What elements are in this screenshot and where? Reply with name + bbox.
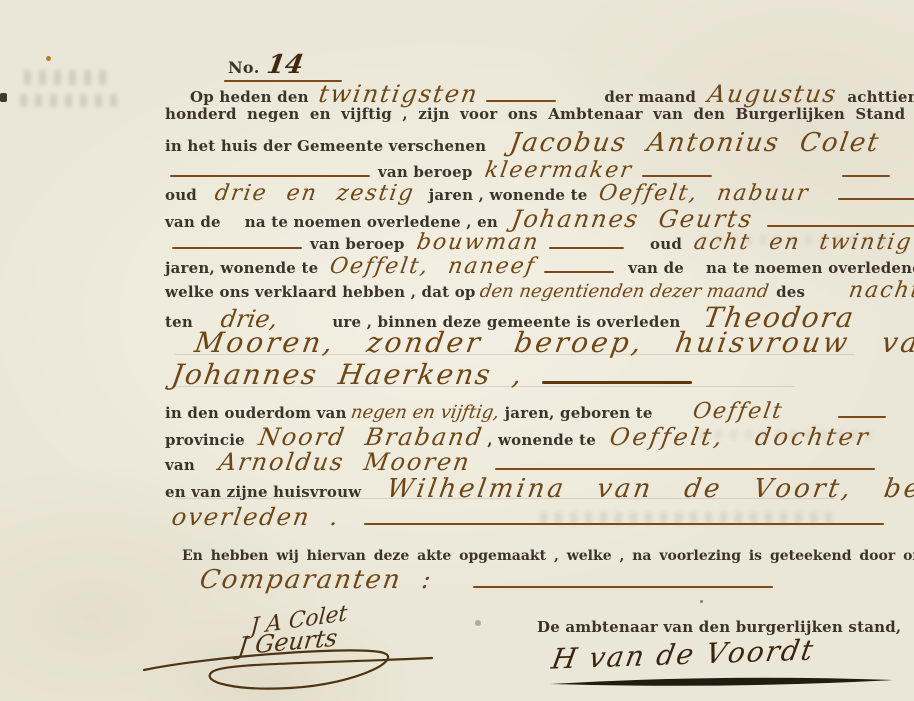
registrar-label-row: De ambtenaar van den burgerlijken stand, [537, 618, 901, 636]
paper-speck [475, 620, 481, 626]
signature-flourish [140, 636, 440, 696]
rule-line [170, 175, 370, 177]
paper-speck [700, 600, 703, 603]
handwritten-text: Jacobus Antonius Colet [508, 128, 883, 158]
paper-speck [46, 56, 51, 61]
printed-text: jaren, geboren te [505, 404, 653, 422]
line-profession-2: van beroepbouwmanoudacht en twintig [172, 230, 913, 255]
printed-text: oud [650, 235, 682, 253]
rule-line [172, 247, 302, 249]
printed-text: honderd negen en vijftig , zijn voor ons… [165, 105, 914, 123]
death-certificate-scan: No. 14 Op heden dentwintigstender maandA… [0, 0, 914, 701]
bleedthrough-smudge [24, 70, 112, 85]
handwritten-text: Noord Braband [257, 423, 486, 451]
rule-line [842, 175, 890, 177]
printed-text: oud [165, 186, 197, 204]
line-declarant-2: van dena te noemen overledene , enJohann… [165, 205, 914, 233]
printed-text: van [165, 456, 195, 474]
handwritten-text: Johannes Geurts [510, 205, 756, 233]
handwritten-text: Augustus [706, 80, 840, 108]
printed-text: ten [165, 313, 193, 331]
line-opening-date: Op heden dentwintigstender maandAugustus… [190, 80, 914, 108]
handwritten-text: Oeffelt [691, 399, 785, 424]
printed-text: na te noemen overledene , [706, 259, 914, 277]
line-mother: en van zijne huisvrouwWilhelmina van de … [165, 474, 914, 504]
printed-text: van beroep [310, 235, 405, 253]
line-age-residence-2: jaren, wonende teOeffelt, naneefvan dena… [165, 254, 914, 279]
rule-line [838, 416, 886, 418]
bleedthrough-smudge [20, 94, 120, 107]
rule-line [542, 381, 692, 384]
act-number-value: 14 [265, 50, 306, 80]
rule-line [486, 100, 556, 102]
printed-text: van de [165, 213, 221, 231]
printed-text: Op heden den [190, 88, 309, 106]
printed-text: der maand [604, 88, 696, 106]
handwritten-text: overleden . [170, 503, 342, 531]
line-province: provincieNoord Braband, wonende teOeffel… [165, 423, 871, 451]
act-number: No. 14 [228, 50, 304, 80]
rule-line [549, 247, 624, 249]
line-closing: En hebben wij hiervan deze akte opgemaak… [182, 541, 914, 565]
line-spouse-name: Johannes Haerkens , [172, 358, 692, 391]
line-year-place: honderd negen en vijftig , zijn voor ons… [165, 105, 893, 124]
handwritten-text: Wilhelmina van de Voort, beide [385, 474, 914, 504]
line-age-residence-1: ouddrie en zestigjaren , wonende teOeffe… [165, 181, 914, 206]
handwritten-text: acht en twintig [692, 230, 914, 255]
printed-text: van de [628, 259, 684, 277]
printed-text: welke ons verklaard hebben , dat op [165, 283, 476, 301]
handwritten-text: nachts [847, 278, 914, 303]
printed-text: jaren , wonende te [429, 186, 588, 204]
line-declarant-1: in het huis der Gemeente verschenenJacob… [165, 128, 880, 158]
printed-text: provincie [165, 431, 245, 449]
printed-text: in den ouderdom van [165, 404, 347, 422]
handwritten-text: twintigsten [317, 80, 481, 108]
rule-line [767, 225, 914, 227]
handwritten-text: Oeffelt, naneef [328, 254, 538, 279]
act-number-label: No. [228, 58, 259, 77]
printed-text: en van zijne huisvrouw [165, 483, 361, 501]
handwritten-text: Oeffelt, dochter [608, 423, 873, 451]
printed-text: En hebben wij hiervan deze akte opgemaak… [182, 548, 914, 564]
registrar-signature-underline [548, 676, 898, 690]
handwritten-text: bouwman [415, 230, 541, 255]
rule-line [364, 523, 884, 525]
line-parents-deceased: overleden . [172, 503, 884, 531]
line-father: vanArnoldus Mooren [165, 448, 875, 476]
rule-line [544, 271, 614, 273]
handwritten-text: Oeffelt, nabuur [597, 181, 811, 206]
line-profession-1: van beroepkleermaker [170, 158, 890, 183]
handwritten-text: Mooren, zonder beroep, huisvrouw van [192, 326, 914, 359]
line-age-birthplace: in den ouderdom vannegen en vijftig,jare… [165, 399, 886, 424]
rule-line [473, 586, 773, 588]
printed-text: van beroep [378, 163, 473, 181]
handwritten-text: Comparanten : [198, 565, 435, 595]
handwritten-text: negen en vijftig, [349, 402, 500, 423]
scan-edge-mark [0, 93, 7, 102]
rule-line [495, 468, 875, 470]
registrar-signature: H van de Voordt [549, 633, 817, 675]
registrar-label: De ambtenaar van den burgerlijken stand, [537, 618, 901, 636]
handwritten-text: den negentienden dezer maand [478, 281, 770, 302]
handwritten-text: Johannes Haerkens , [169, 358, 526, 391]
handwritten-text: Arnoldus Mooren [217, 448, 473, 476]
line-comparanten: Comparanten : [200, 565, 773, 595]
printed-text: achttien [847, 88, 914, 106]
line-deceased-name: Mooren, zonder beroep, huisvrouw van [195, 326, 914, 359]
printed-text: jaren, wonende te [165, 259, 318, 277]
printed-text: , wonende te [487, 431, 596, 449]
rule-line [838, 198, 914, 200]
printed-text: des [776, 283, 805, 301]
handwritten-text: drie en zestig [213, 181, 417, 206]
handwritten-text: kleermaker [483, 158, 635, 183]
printed-text: na te noemen overledene , en [245, 213, 498, 231]
rule-line [642, 175, 712, 177]
line-declaration-date: welke ons verklaard hebben , dat opden n… [165, 278, 914, 303]
printed-text: in het huis der Gemeente verschenen [165, 137, 486, 155]
